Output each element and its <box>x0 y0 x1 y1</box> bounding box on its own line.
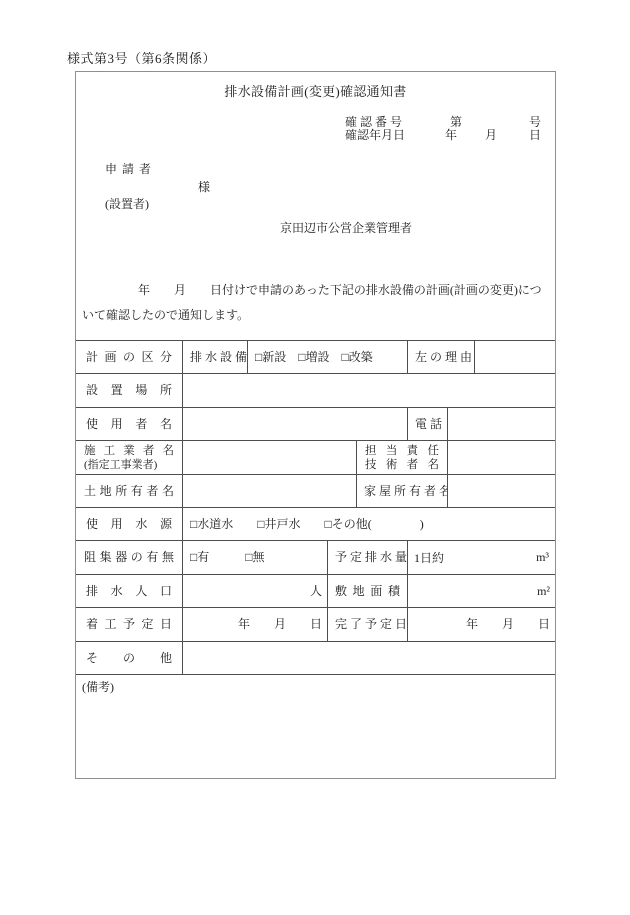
remarks-cell: (備考) <box>76 675 555 778</box>
start-date-value-cell: 年 月 日 <box>183 608 328 641</box>
authority-name: 京田辺市公営企業管理者 <box>280 222 412 235</box>
form-number-label: 様式第3号（第6条関係） <box>67 48 216 67</box>
drainage-volume-label-cell: 予 定 排 水 量 <box>328 541 408 574</box>
water-source-options-cell: □水道水 □井戸水 □その他( ) <box>183 508 555 541</box>
drainage-volume-unit: m³ <box>536 550 549 565</box>
drainage-facility-cell: 排 水 設 備 <box>183 341 248 374</box>
applicant-label: 申 請 者 <box>105 163 152 176</box>
reason-value-cell <box>475 341 555 374</box>
end-date-value-cell: 年 月 日 <box>408 608 555 641</box>
start-date-label-cell: 着 工 予 定 日 <box>76 608 183 641</box>
landowner-value-cell <box>183 475 357 508</box>
user-name-label-cell: 使 用 者 名 <box>76 408 183 441</box>
tech-manager-label-line1: 担 当 責 任 <box>365 444 439 458</box>
tech-manager-value-cell <box>448 441 555 474</box>
phone-label-cell: 電 話 <box>408 408 448 441</box>
tech-manager-label-line2: 技 術 者 名 <box>365 458 439 472</box>
document-page: 様式第3号（第6条関係） 排水設備計画(変更)確認通知書 確 認 番 号 第 号… <box>0 0 630 915</box>
form-table: 計 画 の 区 分 排 水 設 備 □新設 □増設 □改築 左 の 理 由 設 … <box>76 340 555 778</box>
plan-category-label-cell: 計 画 の 区 分 <box>76 341 183 374</box>
location-value-cell <box>183 374 555 407</box>
user-name-value-cell <box>183 408 408 441</box>
reason-label-cell: 左 の 理 由 <box>408 341 475 374</box>
applicant-honorific: 様 <box>198 181 210 194</box>
site-area-label-cell: 敷 地 面 積 <box>328 575 408 608</box>
phone-value-cell <box>448 408 555 441</box>
landowner-label-cell: 土 地 所 有 者 名 <box>76 475 183 508</box>
population-label-cell: 排 水 人 口 <box>76 575 183 608</box>
confirmation-year-label: 年 <box>445 129 457 142</box>
notice-body-line1: 年 月 日付けで申請のあった下記の排水設備の計画(計画の変更)につ <box>138 284 542 297</box>
interceptor-options-cell: □有 □無 <box>183 541 328 574</box>
contractor-label-cell: 施 工 業 者 名 (指定工事業者) <box>76 441 183 474</box>
confirmation-date-row: 確認年月日 年 月 日 <box>345 129 555 142</box>
site-area-value-cell: m² <box>408 575 555 608</box>
end-date-label-cell: 完 了 予 定 日 <box>328 608 408 641</box>
applicant-sublabel: (設置者) <box>105 198 149 211</box>
document-title: 排水設備計画(変更)確認通知書 <box>76 85 555 98</box>
houseowner-label-cell: 家 屋 所 有 者 名 <box>357 475 448 508</box>
confirmation-month-label: 月 <box>485 129 497 142</box>
confirmation-date-label: 確認年月日 <box>345 129 405 142</box>
interceptor-label-cell: 阻 集 器 の 有 無 <box>76 541 183 574</box>
contractor-label: 施 工 業 者 名 <box>84 444 174 458</box>
other-value-cell <box>183 642 555 675</box>
population-value-cell: 人 <box>183 575 328 608</box>
notice-body-line2: いて確認したので通知します。 <box>82 309 249 322</box>
document-box: 排水設備計画(変更)確認通知書 確 認 番 号 第 号 確認年月日 年 月 日 … <box>75 71 556 779</box>
tech-manager-label-cell: 担 当 責 任 技 術 者 名 <box>357 441 448 474</box>
drainage-volume-prefix: 1日約 <box>414 549 444 566</box>
drainage-volume-value-cell: 1日約 m³ <box>408 541 555 574</box>
contractor-value-cell <box>183 441 357 474</box>
houseowner-value-cell <box>448 475 555 508</box>
plan-type-options-cell: □新設 □増設 □改築 <box>248 341 408 374</box>
other-label-cell: そ の 他 <box>76 642 183 675</box>
location-label-cell: 設 置 場 所 <box>76 374 183 407</box>
contractor-sublabel: (指定工事業者) <box>84 458 174 472</box>
water-source-label-cell: 使 用 水 源 <box>76 508 183 541</box>
confirmation-day-label: 日 <box>529 129 541 142</box>
